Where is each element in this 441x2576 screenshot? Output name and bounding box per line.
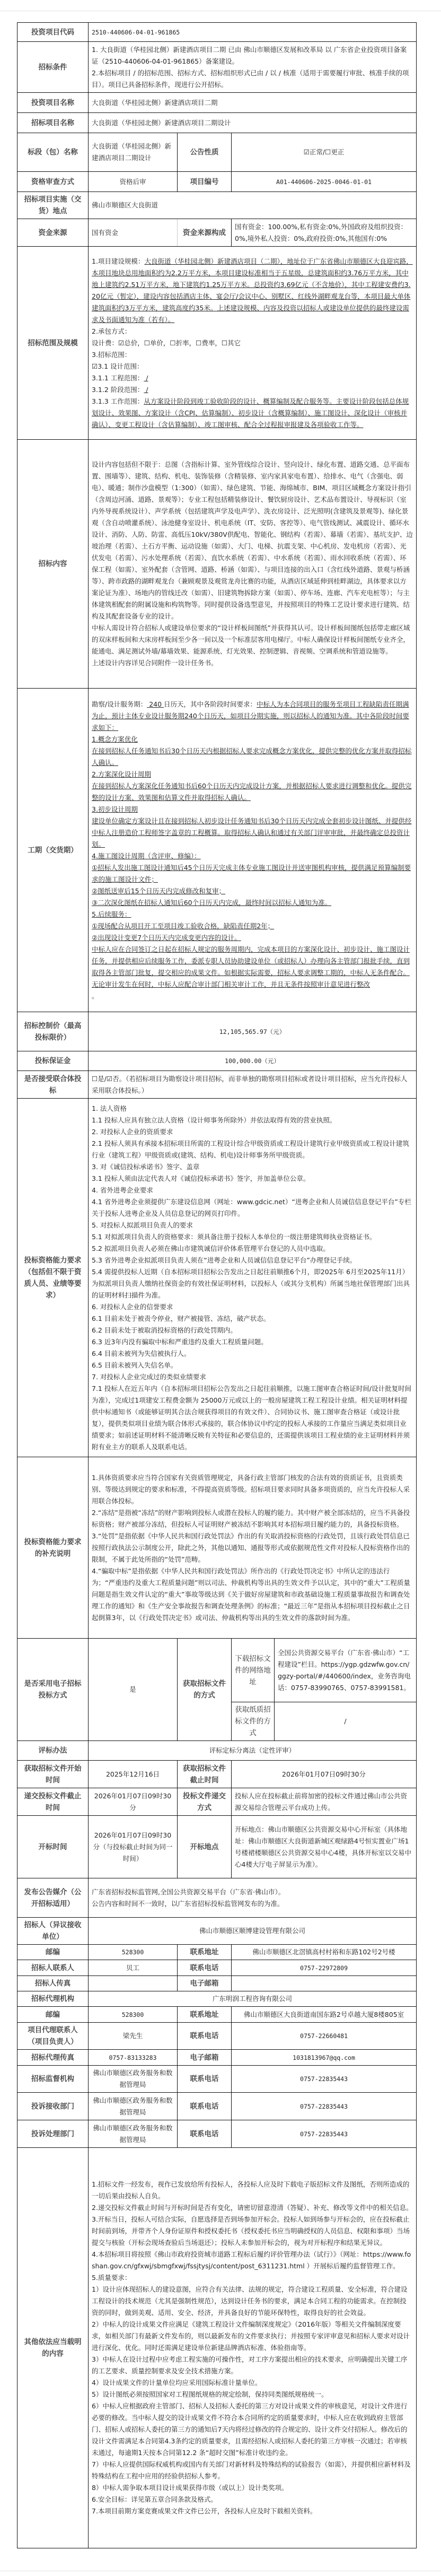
value-submit-method: 投标人应在投标截止前将加密的投标文件通过佛山市公共资源交易综合管理云平台成功上传… <box>232 1788 417 1816</box>
req-line: 6.1 目前未处于被责令停业，财产被接管、冻结，破产状态。 <box>92 1313 413 1325</box>
label-agency: 招标代理机构 <box>17 1991 89 2007</box>
content-paragraph: 上述设计内容详见合同附件一设计任务书。 <box>92 657 413 669</box>
req-line: 6.4 目前未被列为失信被执行人。 <box>92 1348 413 1360</box>
label-paper-method: 获取纸质招标文件的方式 <box>232 1702 275 1741</box>
supplement-line: 4.“骗取中标”是指依据《中华人民共和国行政处罚法》所作出的《行政处罚决定书》中… <box>92 1565 413 1624</box>
other-line: 7.本项目前期方案竞赛成果文件文件已公开，各投标人应及时下载相关资料。 <box>92 2505 413 2517</box>
value-other: 1.招标文件一经发布，视作已发放给所有投标人，各投标人应及时下载电子版招标文件及… <box>89 2148 417 2548</box>
row-other: 其他依法应当载明的内容 1.招标文件一经发布，视作已发放给所有投标人，各投标人应… <box>17 2148 417 2548</box>
label-doc-start: 获取招标文件开始时间 <box>17 1761 89 1788</box>
row-supervisor: 招标监督机构 佛山市顺德区政务服务和数据管理局 联系电话 0757-228354… <box>17 2066 417 2093</box>
period-line: 中标人应在合同签订之日起在招标人规定的服务周期内，完成本项目的方案深化设计、初步… <box>92 944 413 979</box>
req-line: 3.1 投标人须由法定代表人对《诚信投标承诺书》签字，并加盖单位公章。 <box>92 1173 413 1185</box>
period-line: ①招标人发出施工图设计通知后45个日历天完成主体专业施工图设计并送审图机构审核，… <box>92 862 413 885</box>
period-line: ②图纸送审后15个日历天内完成修改和复审； <box>92 885 413 897</box>
value-scope: 1.项目建设规模：大良街道（华桂园北侧）新建酒店项目（二期），地址位于广东省佛山… <box>89 247 417 440</box>
media-line: 公告内容和时间不一致时，以广东省招标投标监管网发布的为准。 <box>92 1898 413 1910</box>
value-tenderer-zip: 528300 <box>89 1945 178 1960</box>
value-content: 设计内容包括但不限于：总图（含指标计算、室外管线综合设计、竖向设计、绿化布置、道… <box>89 440 417 689</box>
row-media: 发布公告媒介（公开招标适用） 广东省招标投标监管网,全国公共资源交易平台（广东省… <box>17 1878 417 1918</box>
row-tenderer-contact: 招标人联系人 贝工 联系电话 0757-22972809 <box>17 1960 417 1976</box>
label-opening-time: 开标时间 <box>17 1816 89 1878</box>
value-download-url[interactable]: 全国公共资源交易平台（广东省·佛山市）“工程建设”栏目。https://ygp.… <box>275 1639 417 1702</box>
label-requirements: 投标资格能力要求（包括但不限于资质人员、业绩等要求） <box>17 1099 89 1457</box>
label-tenderer-contact: 招标人联系人 <box>17 1960 89 1976</box>
label-funding-structure: 资金来源构成 <box>178 219 232 247</box>
value-evaluation: 评标定标分离法（定性评审） <box>89 1741 417 1761</box>
value-complaint-handle-phone: 0757-22835443 <box>232 2120 417 2148</box>
value-section: 大良街道（华桂园北侧）新建酒店项目二期设计 <box>89 133 178 172</box>
label-submit-deadline: 递交投标文件截止时间 <box>17 1788 89 1816</box>
label-bid-bond: 投标保证金 <box>17 1051 89 1071</box>
value-complaint-receive: 佛山市顺德区政务服务和数据管理局 <box>89 2093 178 2120</box>
period-line: ①现场配合从项目开工至项目竣工验收合格，缺陷责任期2年； <box>92 920 413 932</box>
label-other: 其他依法应当载明的内容 <box>17 2148 89 2548</box>
req-line: 5. 对投标人拟派项目负责人的要求 <box>92 1220 413 1231</box>
value-doc-end: 2026年01月07日09时30分 <box>232 1761 417 1788</box>
label-supervisor: 招标监督机构 <box>17 2066 89 2093</box>
req-line: 3. 对《诚信投标承诺书》签字、盖章 <box>92 1161 413 1173</box>
other-line: 1）设计应体现招标人的建设意图，应符合有关法律、法规的规定，符合建设工程质量、安… <box>92 2284 413 2319</box>
label-doc-end: 获取招标文件截止时间 <box>178 1761 232 1788</box>
req-line: 5.4 需提供投标人近期（自本招标项目招标公告发出之日起往前顺推6个月，即202… <box>92 1266 413 1301</box>
label-notice-nature: 公告性质 <box>178 133 232 172</box>
value-tenderer-contact: 贝工 <box>89 1960 178 1976</box>
value-supervisor: 佛山市顺德区政务服务和数据管理局 <box>89 2066 178 2093</box>
value-agency-email[interactable]: 1031813967@qq.com <box>232 2050 417 2066</box>
label-agency-zip: 邮编 <box>17 2007 89 2023</box>
other-line: 5.质量要求： <box>92 2272 413 2284</box>
period-tail: 。 <box>92 990 413 1002</box>
row-opening: 开标时间 2026年01月07日09时30分（与投标截止时间为同一时间） 开标地… <box>17 1816 417 1878</box>
req-line: 6. 对投标人企业的信誉要求 <box>92 1301 413 1313</box>
label-opening-place: 开标地点 <box>178 1816 232 1878</box>
period-line: 2.方案深化设计周期 <box>92 769 413 780</box>
label-evaluation: 评标办法 <box>17 1741 89 1761</box>
row-scope: 招标范围及规模 1.项目建设规模：大良街道（华桂园北侧）新建酒店项目（二期），地… <box>17 247 417 440</box>
row-period: 工期（交货期） 勘察/设计服务期： 240 日历天，其中各阶段时间要求：中标人为… <box>17 689 417 1012</box>
row-requirements: 投标资格能力要求（包括但不限于资质人员、业绩等要求） 1. 法人资格 1.1 投… <box>17 1099 417 1457</box>
label-supplement: 投标资格能力要求的补充说明 <box>17 1457 89 1639</box>
value-agency-phone: 0757-22660481 <box>232 2023 417 2050</box>
label-tenderer: 招标人（异议接收单位） <box>17 1918 89 1945</box>
label-complaint-receive-phone: 联系电话 <box>178 2093 232 2120</box>
value-paper-method: / <box>275 1702 417 1741</box>
req-line: 5.1 对拟派项目负责人的资格要求：须具备注册于投标人本单位的一级注册建筑师执业… <box>92 1231 413 1243</box>
label-investment-name: 投资项目名称 <box>17 93 89 113</box>
value-agency: 广东明润工程咨询有限公司 <box>89 1991 417 2007</box>
row-section: 标段（包）名称 大良街道（华桂园北侧）新建酒店项目二期设计 公告性质 ☑正常/☐… <box>17 133 417 172</box>
other-line: 2.递交投标文件截止时间与开标时间是否有变化，请密切留意澄清（答疑）、补充、修改… <box>92 2202 413 2214</box>
row-investment-name: 投资项目名称 大良街道（华桂园北侧）新建酒店项目二期 <box>17 93 417 113</box>
label-complaint-receive: 投诉接收部门 <box>17 2093 89 2120</box>
label-tenderer-email: 电子邮箱 <box>178 1976 232 1991</box>
period-line: ③二次深化图纸在招标人通知后60个日历天内完成，最终时间以招标人通知为准。 <box>92 897 413 909</box>
req-line: 6.3 近3年内没有骗取中标和严重违约及重大工程质量问题。 <box>92 1336 413 1348</box>
tender-notice-table: 投资项目代码 2510-440606-04-01-961865 招标条件 1. … <box>17 22 417 2548</box>
top-divider <box>0 11 441 11</box>
label-complaint-handle-phone: 联系电话 <box>178 2120 232 2148</box>
row-consortium: 是否接受联合体投标 ☐是/☑否。（若招标项目为勘察设计项目招标，而非单独的勘察项… <box>17 1071 417 1099</box>
row-tender-name: 招标项目名称 大良街道（华桂园北侧）新建酒店项目二期设计 <box>17 113 417 133</box>
label-project-code: 项目编号 <box>178 172 232 192</box>
value-investment-name: 大良街道（华桂园北侧）新建酒店项目二期 <box>89 93 417 113</box>
content-paragraph: 中标人需设计符合招标人或建设单位要求的“设计样板间图纸”并获得其认可。设计样板间… <box>92 622 413 657</box>
media-line: 广东省招标投标监管网,全国公共资源交易平台（广东省·佛山市）。 <box>92 1886 413 1898</box>
label-consortium: 是否接受联合体投标 <box>17 1071 89 1099</box>
label-funding: 资金来源 <box>17 219 89 247</box>
label-tender-name: 招标项目名称 <box>17 113 89 133</box>
row-complaint-receive: 投诉接收部门 佛山市顺德区政务服务和数据管理局 联系电话 0757-228354… <box>17 2093 417 2120</box>
value-supervisor-phone: 0757-22835443 <box>232 2066 417 2093</box>
scope-stage-range: 3.1.2 阶段范围： / <box>92 384 413 396</box>
period-line: 在接到招标人任务通知书后30个日历天内根据招标人要求完成概念方案优化，提供完整的… <box>92 745 413 769</box>
value-tenderer-address: 佛山市顺德区北滘镇高村村裕和东路102号2号楼 <box>232 1945 417 1960</box>
value-complaint-handle: 佛山市顺德区政务服务和数据管理局 <box>89 2120 178 2148</box>
label-submit-method: 投标文件递交方式 <box>178 1788 232 1816</box>
period-line: 在接到招标人方案深化任务通知书后60个日历天内完成设计方案，并根据招标人要求进行… <box>92 780 413 804</box>
row-tenderer-fax: 招标人传真 电子邮箱 <box>17 1976 417 1991</box>
req-line: 4. 省外进粤企业要求 <box>92 1185 413 1196</box>
req-line: 4.1 省外进粤企业须提供广东建设信息网（网址：www.gdcic.net）“进… <box>92 1196 413 1220</box>
label-tenderer-fax: 招标人传真 <box>17 1976 89 1991</box>
row-agency-fax: 招标代理传真 0757-83133283 电子邮箱 1031813967@qq.… <box>17 2050 417 2066</box>
row-electronic-download: 是否采用电子招标投标方式 是 获取招标文件的方式 下载招标文件的网络地址 全国公… <box>17 1639 417 1702</box>
period-line: 3.初步设计周期 <box>92 804 413 815</box>
value-complaint-receive-phone: 0757-22835443 <box>232 2093 417 2120</box>
value-tenderer-phone: 0757-22972809 <box>232 1960 417 1976</box>
value-period: 勘察/设计服务期： 240 日历天，其中各阶段时间要求：中标人为本合同项目的服务… <box>89 689 417 1012</box>
row-agency-zip: 邮编 528300 联系地址 佛山市顺德区大良街道南国东路2号卓越大厦8楼805… <box>17 2007 417 2023</box>
period-line: ②出现设计变更7个日历天内完成变更内容的设计。 <box>92 932 413 944</box>
label-tenderer-phone: 联系电话 <box>178 1960 232 1976</box>
bottom-divider <box>0 2571 441 2571</box>
other-line: 8）中标人需争取本项目设计成果获得市级（或以上）设计类奖项。 <box>92 2482 413 2494</box>
value-doc-start: 2025年12月16日 <box>89 1761 178 1788</box>
label-media: 发布公告媒介（公开招标适用） <box>17 1878 89 1918</box>
value-requirements: 1. 法人资格 1.1 投标人应具有独立法人资格（设计师事务所除外）并依法取得有… <box>89 1099 417 1457</box>
row-submit: 递交投标文件截止时间 2026年01月07日09时30分 投标文件递交方式 投标… <box>17 1788 417 1816</box>
scope-work-range: 3.1.3 工作范围：从方案设计阶段到竣工验收阶段的设计、概算编制及配合服务等。… <box>92 396 413 431</box>
req-line: 7. 对投标人企业完成过的类似业绩要求 <box>92 1371 413 1383</box>
row-qualification: 资格审查方式 资格后审 项目编号 A01-440606-2025-0046-01… <box>17 172 417 192</box>
value-tenderer-email <box>232 1976 417 1991</box>
scope-fee-type: 设计费：☑总价，☐单价，☐折率，☐费率，☐其它 <box>92 337 413 349</box>
label-electronic: 是否采用电子招标投标方式 <box>17 1639 89 1741</box>
value-control-price: 12,105,565.97（元） <box>89 1012 417 1051</box>
row-location: 招标项目实施（交货）地点 佛山市顺德区大良街道 <box>17 192 417 219</box>
label-control-price: 招标控制价（最高投标限价） <box>17 1012 89 1051</box>
label-agency-contact: 项目代理联系人（项目负责人） <box>17 2023 89 2050</box>
value-agency-zip: 528300 <box>89 2007 178 2023</box>
value-funding: 国有资金 <box>89 219 178 247</box>
other-line: 3）中标人在设计过程中应考虑工程实施的可操作性，对工序方案提出相应的技术要求，应… <box>92 2354 413 2377</box>
row-evaluation: 评标办法 评标定标分离法（定性评审） <box>17 1741 417 1761</box>
value-tenderer-fax <box>89 1976 178 1991</box>
other-line: 3.开标当日，投标人可结合实际，自愿选择是否到场参加开标会。投标人如到场参与开标… <box>92 2214 413 2249</box>
value-submit-deadline: 2026年01月07日09时30分 <box>89 1788 178 1816</box>
period-line: 建设单位确定方案设计且在接到招标人初步设计任务通知书后30个日历天内完成全套初步… <box>92 815 413 850</box>
row-supplement: 投标资格能力要求的补充说明 1.具体资质要求应当符合国家有关资质管理规定，具备行… <box>17 1457 417 1639</box>
other-line: 7）中标人应提供国际权威机构或国内有关部门对新材料及特殊结构的试验报告（如需），… <box>92 2459 413 2482</box>
value-opening-place: 开标地点：佛山市顺德区公共资源交易中心开标室（具体地址：佛山市顺德区大良街道新城… <box>232 1816 417 1878</box>
row-tenderer-zip: 邮编 528300 联系地址 佛山市顺德区北滘镇高村村裕和东路102号2号楼 <box>17 1945 417 1960</box>
req-line: 2.1 投标人须具有承接本招标项目所需的工程设计综合甲级资质或工程设计建筑行业甲… <box>92 1138 413 1161</box>
supplement-line: 1.具体资质要求应当符合国家有关资质管理规定，具备行政主管部门核发的合法有效的资… <box>92 1472 413 1507</box>
other-line[interactable]: 4.本招标项目将按照《佛山市政府投资城市道路工程标后履约评价管理办法（试行）》（… <box>92 2249 413 2272</box>
value-opening-time: 2026年01月07日09时30分（与投标截止时间为同一时间） <box>89 1816 178 1878</box>
label-period: 工期（交货期） <box>17 689 89 1012</box>
row-control-price: 招标控制价（最高投标限价） 12,105,565.97（元） <box>17 1012 417 1051</box>
value-location: 佛山市顺德区大良街道 <box>89 192 417 219</box>
row-content: 招标内容 设计内容包括但不限于：总图（含指标计算、室外管线综合设计、竖向设计、绿… <box>17 440 417 689</box>
other-line: 6.安全目标：详见第五章合同条款及格式。 <box>92 2494 413 2505</box>
other-line: 6）中标人应根据政府主管部门、招标人及招标人委托的第三方对设计成果文件的审核意见… <box>92 2400 413 2459</box>
label-agency-phone: 联系电话 <box>178 2023 232 2050</box>
scope-contract-mode: 2.承包方式： <box>92 326 413 337</box>
scope-design-range: ☑3.1 设计范围： <box>92 361 413 372</box>
row-bid-bond: 投标保证金 100,000.00（元） <box>17 1051 417 1071</box>
value-qualification: 资格后审 <box>89 172 178 192</box>
value-electronic: 是 <box>89 1639 178 1741</box>
other-line: 2）中标人的设计成果文件应满足《建筑工程设计文件编制深度规定》（2016年版）等… <box>92 2319 413 2354</box>
label-location: 招标项目实施（交货）地点 <box>17 192 89 219</box>
value-agency-contact: 梁先生 <box>89 2023 178 2050</box>
scope-scale: 1.项目建设规模：大良街道（华桂园北侧）新建酒店项目（二期），地址位于广东省佛山… <box>92 256 413 326</box>
other-line: 5）设计图纸必须按照国家对工程图纸规格的规定绘制，保持同类图纸规格统一。 <box>92 2389 413 2400</box>
label-qualification: 资格审查方式 <box>17 172 89 192</box>
value-project-code: A01-440606-2025-0046-01-01 <box>232 172 417 192</box>
supplement-line: 3.“处罚”是指依据《中华人民共和国行政处罚法》作出的有关取消投标资格的行政处罚… <box>92 1530 413 1565</box>
req-line: 6.2 目前未处于被取消投标资格的行政处罚期内。 <box>92 1325 413 1336</box>
label-tenderer-zip: 邮编 <box>17 1945 89 1960</box>
req-line: 6.5 目前未被列入失信名单。 <box>92 1360 413 1371</box>
row-doc-time: 获取招标文件开始时间 2025年12月16日 获取招标文件截止时间 2026年0… <box>17 1761 417 1788</box>
label-content: 招标内容 <box>17 440 89 689</box>
period-line: 4.施工图设计周期（含评审、修编）： <box>92 850 413 862</box>
scope-range-title: 3.招标范围： <box>92 349 413 361</box>
req-line: 5.2 拟派项目负责人必须在佛山市建筑诚信评价体系管理平台登记的人员中选取。 <box>92 1243 413 1255</box>
value-agency-fax: 0757-83133283 <box>89 2050 178 2066</box>
value-agency-address: 佛山市顺德区大良街道南国东路2号卓越大厦8楼805室 <box>232 2007 417 2023</box>
condition-line: 1. 大良街道（华桂园北侧）新建酒店项目二期 已由 佛山市顺德区发展和改革局 以… <box>92 44 413 67</box>
label-agency-address: 联系地址 <box>178 2007 232 2023</box>
content-paragraph: 设计内容包括但不限于：总图（含指标计算、室外管线综合设计、竖向设计、绿化布置、道… <box>92 459 413 622</box>
label-agency-fax: 招标代理传真 <box>17 2050 89 2066</box>
label-scope: 招标范围及规模 <box>17 247 89 440</box>
label-conditions: 招标条件 <box>17 42 89 93</box>
label-supervisor-phone: 联系电话 <box>178 2066 232 2093</box>
label-tenderer-address: 联系地址 <box>178 1945 232 1960</box>
row-investment-code: 投资项目代码 2510-440606-04-01-961865 <box>17 23 417 42</box>
value-media: 广东省招标投标监管网,全国公共资源交易平台（广东省·佛山市）。 公告内容和时间不… <box>89 1878 417 1918</box>
other-line: 4）设计成果文件的计量单位均应采用国际标准计量单位。 <box>92 2377 413 2389</box>
row-funding: 资金来源 国有资金 资金来源构成 国有资金：100.00%,私有资金:0%,外国… <box>17 219 417 247</box>
row-complaint-handle: 投诉处理部门 佛山市顺德区政务服务和数据管理局 联系电话 0757-228354… <box>17 2120 417 2148</box>
row-agency: 招标代理机构 广东明润工程咨询有限公司 <box>17 1991 417 2007</box>
period-line: 1.概念方案优化 <box>92 734 413 745</box>
label-agency-email: 电子邮箱 <box>178 2050 232 2066</box>
label-investment-code: 投资项目代码 <box>17 23 89 42</box>
value-consortium: ☐是/☑否。（若招标项目为勘察设计项目招标，而非单独的勘察项目招标或者设计项目招… <box>89 1071 417 1099</box>
value-investment-code: 2510-440606-04-01-961865 <box>89 23 417 42</box>
value-supplement: 1.具体资质要求应当符合国家有关资质管理规定，具备行政主管部门核发的合法有效的资… <box>89 1457 417 1639</box>
other-line: 1.招标文件一经发布，视作已发放给所有投标人，各投标人应及时下载电子版招标文件及… <box>92 2179 413 2202</box>
req-line: 1.1 投标人应具有独立法人资格（设计师事务所除外）并依法取得有效的营业执照。 <box>92 1115 413 1126</box>
row-tenderer: 招标人（异议接收单位） 佛山市顺德区顺博建设管理有限公司 <box>17 1918 417 1945</box>
condition-line: 2.本招标项目 / 的招标范围、招标方式、招标组织形式已由 / 以 / 核准（适… <box>92 67 413 91</box>
period-line: 5.后续服务： <box>92 909 413 920</box>
scope-eng-range: 3.1.1 工程范围： / <box>92 372 413 384</box>
supplement-line: 2.“冻结”是指被“冻结”的财产影响到投标人或潜在投标人的履约能力。其中财产被全… <box>92 1507 413 1530</box>
req-line: 1. 法人资格 <box>92 1103 413 1115</box>
req-line: 7.1 投标人在近五年内（自本招标项目招标公告发出之日起往前顺推，以施工图审查合… <box>92 1383 413 1453</box>
value-bid-bond: 100,000.00（元） <box>89 1051 417 1071</box>
value-tender-name: 大良街道（华桂园北侧）新建酒店项目二期设计 <box>89 113 417 133</box>
req-line: 5.3 省外进粤企业拟派项目负责人须在“进粤企业和人员诚信信息登记平台”办理登记… <box>92 1255 413 1266</box>
period-intro: 勘察/设计服务期： 240 日历天，其中各阶段时间要求：中标人为本合同项目的服务… <box>92 699 413 734</box>
value-tenderer: 佛山市顺德区顺博建设管理有限公司 <box>89 1918 417 1945</box>
value-funding-structure: 国有资金：100.00%,私有资金:0%,外国政府及组织投资：0%,境外私人投资… <box>232 219 417 247</box>
label-obtain-method: 获取招标文件的方式 <box>178 1639 232 1741</box>
row-conditions: 招标条件 1. 大良街道（华桂园北侧）新建酒店项目二期 已由 佛山市顺德区发展和… <box>17 42 417 93</box>
label-section: 标段（包）名称 <box>17 133 89 172</box>
req-line: 2. 对投标人企业的资质要求 <box>92 1126 413 1138</box>
value-notice-nature: ☑正常/☐更正 <box>232 133 417 172</box>
row-agency-contact: 项目代理联系人（项目负责人） 梁先生 联系电话 0757-22660481 <box>17 2023 417 2050</box>
value-conditions: 1. 大良街道（华桂园北侧）新建酒店项目二期 已由 佛山市顺德区发展和改革局 以… <box>89 42 417 93</box>
label-complaint-handle: 投诉处理部门 <box>17 2120 89 2148</box>
label-download-url: 下载招标文件的网络地址 <box>232 1639 275 1702</box>
period-line: 无论审计发生在何时，中标人应配合审计部门相关审计工作，并且无条件按照审计意见进行… <box>92 979 413 990</box>
